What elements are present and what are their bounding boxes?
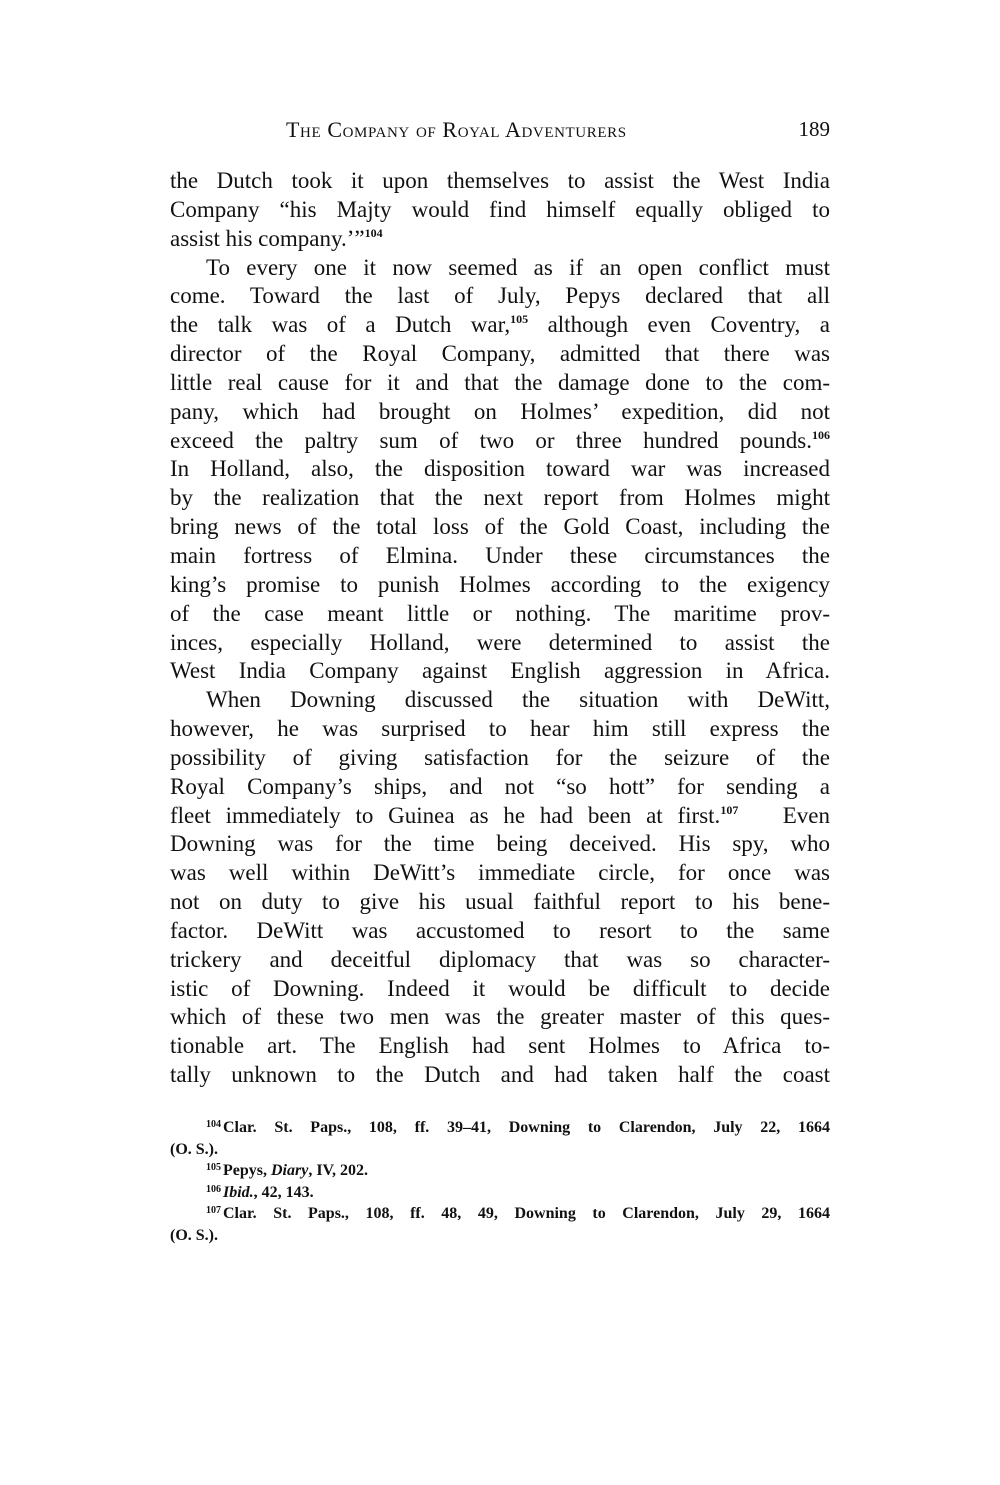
line-text: king’s promise to punish Holmes accordin…: [170, 572, 830, 597]
footnote-107: 107Clar. St. Paps., 108, ff. 48, 49, Dow…: [170, 1203, 830, 1246]
page-number: 189: [799, 117, 831, 142]
line-text: come. Toward the last of July, Pepys dec…: [170, 283, 830, 308]
text-line: main fortress of Elmina. Under these cir…: [170, 542, 830, 571]
line-text: possibility of giving satisfaction for t…: [170, 745, 830, 770]
line-text: was well within DeWitt’s immediate circl…: [170, 860, 830, 885]
footnote-text: (O. S.).: [170, 1141, 218, 1158]
line-text: director of the Royal Company, admitted …: [170, 341, 830, 366]
line-text: however, he was surprised to hear him st…: [170, 716, 830, 741]
text-line: exceed the paltry sum of two or three hu…: [170, 427, 830, 456]
line-text: fleet immediately to Guinea as he had be…: [170, 803, 720, 828]
footnote-ref-104[interactable]: 104: [365, 226, 383, 240]
text-line: by the realization that the next report …: [170, 484, 830, 513]
line-text: not on duty to give his usual faithful r…: [170, 889, 830, 914]
line-text: exceed the paltry sum of two or three hu…: [170, 428, 812, 453]
footnote-text: Clar. St. Paps., 108, ff. 48, 49, Downin…: [223, 1205, 830, 1222]
text-line: assist his company.’”104: [170, 225, 830, 254]
footnote-line: 107Clar. St. Paps., 108, ff. 48, 49, Dow…: [170, 1203, 830, 1225]
line-text: Royal Company’s ships, and not “so hott”…: [170, 774, 830, 799]
text-line: trickery and deceitful diplomacy that wa…: [170, 946, 830, 975]
text-line: fleet immediately to Guinea as he had be…: [170, 802, 830, 831]
line-text: assist his company.’”: [170, 226, 365, 251]
line-text: tally unknown to the Dutch and had taken…: [170, 1062, 830, 1087]
footnote-line: 106Ibid., 42, 143.: [170, 1182, 830, 1204]
footnote-text: Clar. St. Paps., 108, ff. 39–41, Downing…: [223, 1119, 830, 1136]
footnote-ref-105[interactable]: 105: [510, 312, 528, 326]
text-line: little real cause for it and that the da…: [170, 369, 830, 398]
footnote-106: 106Ibid., 42, 143.: [170, 1182, 830, 1204]
text-line: of the case meant little or nothing. The…: [170, 600, 830, 629]
paragraph-start-line: When Downing discussed the situation wit…: [170, 686, 830, 715]
footnote-number: 104: [206, 1119, 221, 1130]
text-line: factor. DeWitt was accustomed to resort …: [170, 917, 830, 946]
text-line: possibility of giving satisfaction for t…: [170, 744, 830, 773]
footnote-105: 105Pepys, Diary, IV, 202.: [170, 1160, 830, 1182]
line-text: factor. DeWitt was accustomed to resort …: [170, 918, 830, 943]
line-text: inces, especially Holland, were determin…: [170, 630, 830, 655]
text-line: the talk was of a Dutch war,105 although…: [170, 311, 830, 340]
line-text: tionable art. The English had sent Holme…: [170, 1033, 830, 1058]
text-line: however, he was surprised to hear him st…: [170, 715, 830, 744]
paragraph-start-line: To every one it now seemed as if an open…: [170, 254, 830, 283]
line-text: pany, which had brought on Holmes’ exped…: [170, 399, 830, 424]
text-line: Downing was for the time being deceived.…: [170, 830, 830, 859]
text-line: In Holland, also, the disposition toward…: [170, 455, 830, 484]
text-line: come. Toward the last of July, Pepys dec…: [170, 282, 830, 311]
footnote-text: (O. S.).: [170, 1227, 218, 1244]
text-line: which of these two men was the greater m…: [170, 1003, 830, 1032]
text-line: inces, especially Holland, were determin…: [170, 629, 830, 658]
text-line: director of the Royal Company, admitted …: [170, 340, 830, 369]
text-line: Royal Company’s ships, and not “so hott”…: [170, 773, 830, 802]
footnote-number: 107: [206, 1205, 221, 1216]
footnote-text: , 42, 143.: [254, 1184, 314, 1201]
footnote-number: 106: [206, 1184, 221, 1195]
footnote-line: (O. S.).: [170, 1225, 830, 1247]
line-text: the talk was of a Dutch war,: [170, 312, 510, 337]
line-text: the Dutch took it upon themselves to ass…: [170, 168, 830, 193]
footnote-104: 104Clar. St. Paps., 108, ff. 39–41, Down…: [170, 1117, 830, 1160]
footnote-line: 104Clar. St. Paps., 108, ff. 39–41, Down…: [170, 1117, 830, 1139]
running-head: The Company of Royal Adventurers 189: [170, 117, 830, 147]
line-text: which of these two men was the greater m…: [170, 1004, 830, 1029]
footnote-line: 105Pepys, Diary, IV, 202.: [170, 1160, 830, 1182]
running-title: The Company of Royal Adventurers: [286, 117, 627, 143]
text-line: the Dutch took it upon themselves to ass…: [170, 167, 830, 196]
text-line: tally unknown to the Dutch and had taken…: [170, 1061, 830, 1090]
footnote-title: Ibid.: [223, 1184, 254, 1201]
line-text: main fortress of Elmina. Under these cir…: [170, 543, 830, 568]
line-text: of the case meant little or nothing. The…: [170, 601, 830, 626]
footnote-text: , IV, 202.: [308, 1162, 368, 1179]
text-line: king’s promise to punish Holmes accordin…: [170, 571, 830, 600]
line-text: although even Coventry, a: [528, 312, 830, 337]
body-text: the Dutch took it upon themselves to ass…: [170, 167, 830, 1090]
line-text: Downing was for the time being deceived.…: [170, 831, 830, 856]
footnotes: 104Clar. St. Paps., 108, ff. 39–41, Down…: [170, 1117, 830, 1246]
line-text: Even: [738, 803, 830, 828]
line-text: trickery and deceitful diplomacy that wa…: [170, 947, 830, 972]
line-text: little real cause for it and that the da…: [170, 370, 830, 395]
line-text: West India Company against English aggre…: [170, 658, 830, 683]
footnote-title: Diary: [271, 1162, 308, 1179]
line-text: In Holland, also, the disposition toward…: [170, 456, 830, 481]
line-text: by the realization that the next report …: [170, 485, 830, 510]
text-line: West India Company against English aggre…: [170, 657, 830, 686]
line-text: istic of Downing. Indeed it would be dif…: [170, 976, 830, 1001]
line-text: When Downing discussed the situation wit…: [206, 687, 830, 712]
footnote-ref-106[interactable]: 106: [812, 428, 830, 442]
line-text: bring news of the total loss of the Gold…: [170, 514, 830, 539]
text-line: not on duty to give his usual faithful r…: [170, 888, 830, 917]
text-line: was well within DeWitt’s immediate circl…: [170, 859, 830, 888]
footnote-ref-107[interactable]: 107: [720, 803, 738, 817]
footnote-text: Pepys,: [223, 1162, 271, 1179]
text-line: pany, which had brought on Holmes’ exped…: [170, 398, 830, 427]
text-line: istic of Downing. Indeed it would be dif…: [170, 975, 830, 1004]
footnote-number: 105: [206, 1162, 221, 1173]
text-line: Company “his Majty would find himself eq…: [170, 196, 830, 225]
text-line: tionable art. The English had sent Holme…: [170, 1032, 830, 1061]
footnote-line: (O. S.).: [170, 1139, 830, 1161]
text-line: bring news of the total loss of the Gold…: [170, 513, 830, 542]
line-text: Company “his Majty would find himself eq…: [170, 197, 830, 222]
line-text: To every one it now seemed as if an open…: [206, 255, 830, 280]
